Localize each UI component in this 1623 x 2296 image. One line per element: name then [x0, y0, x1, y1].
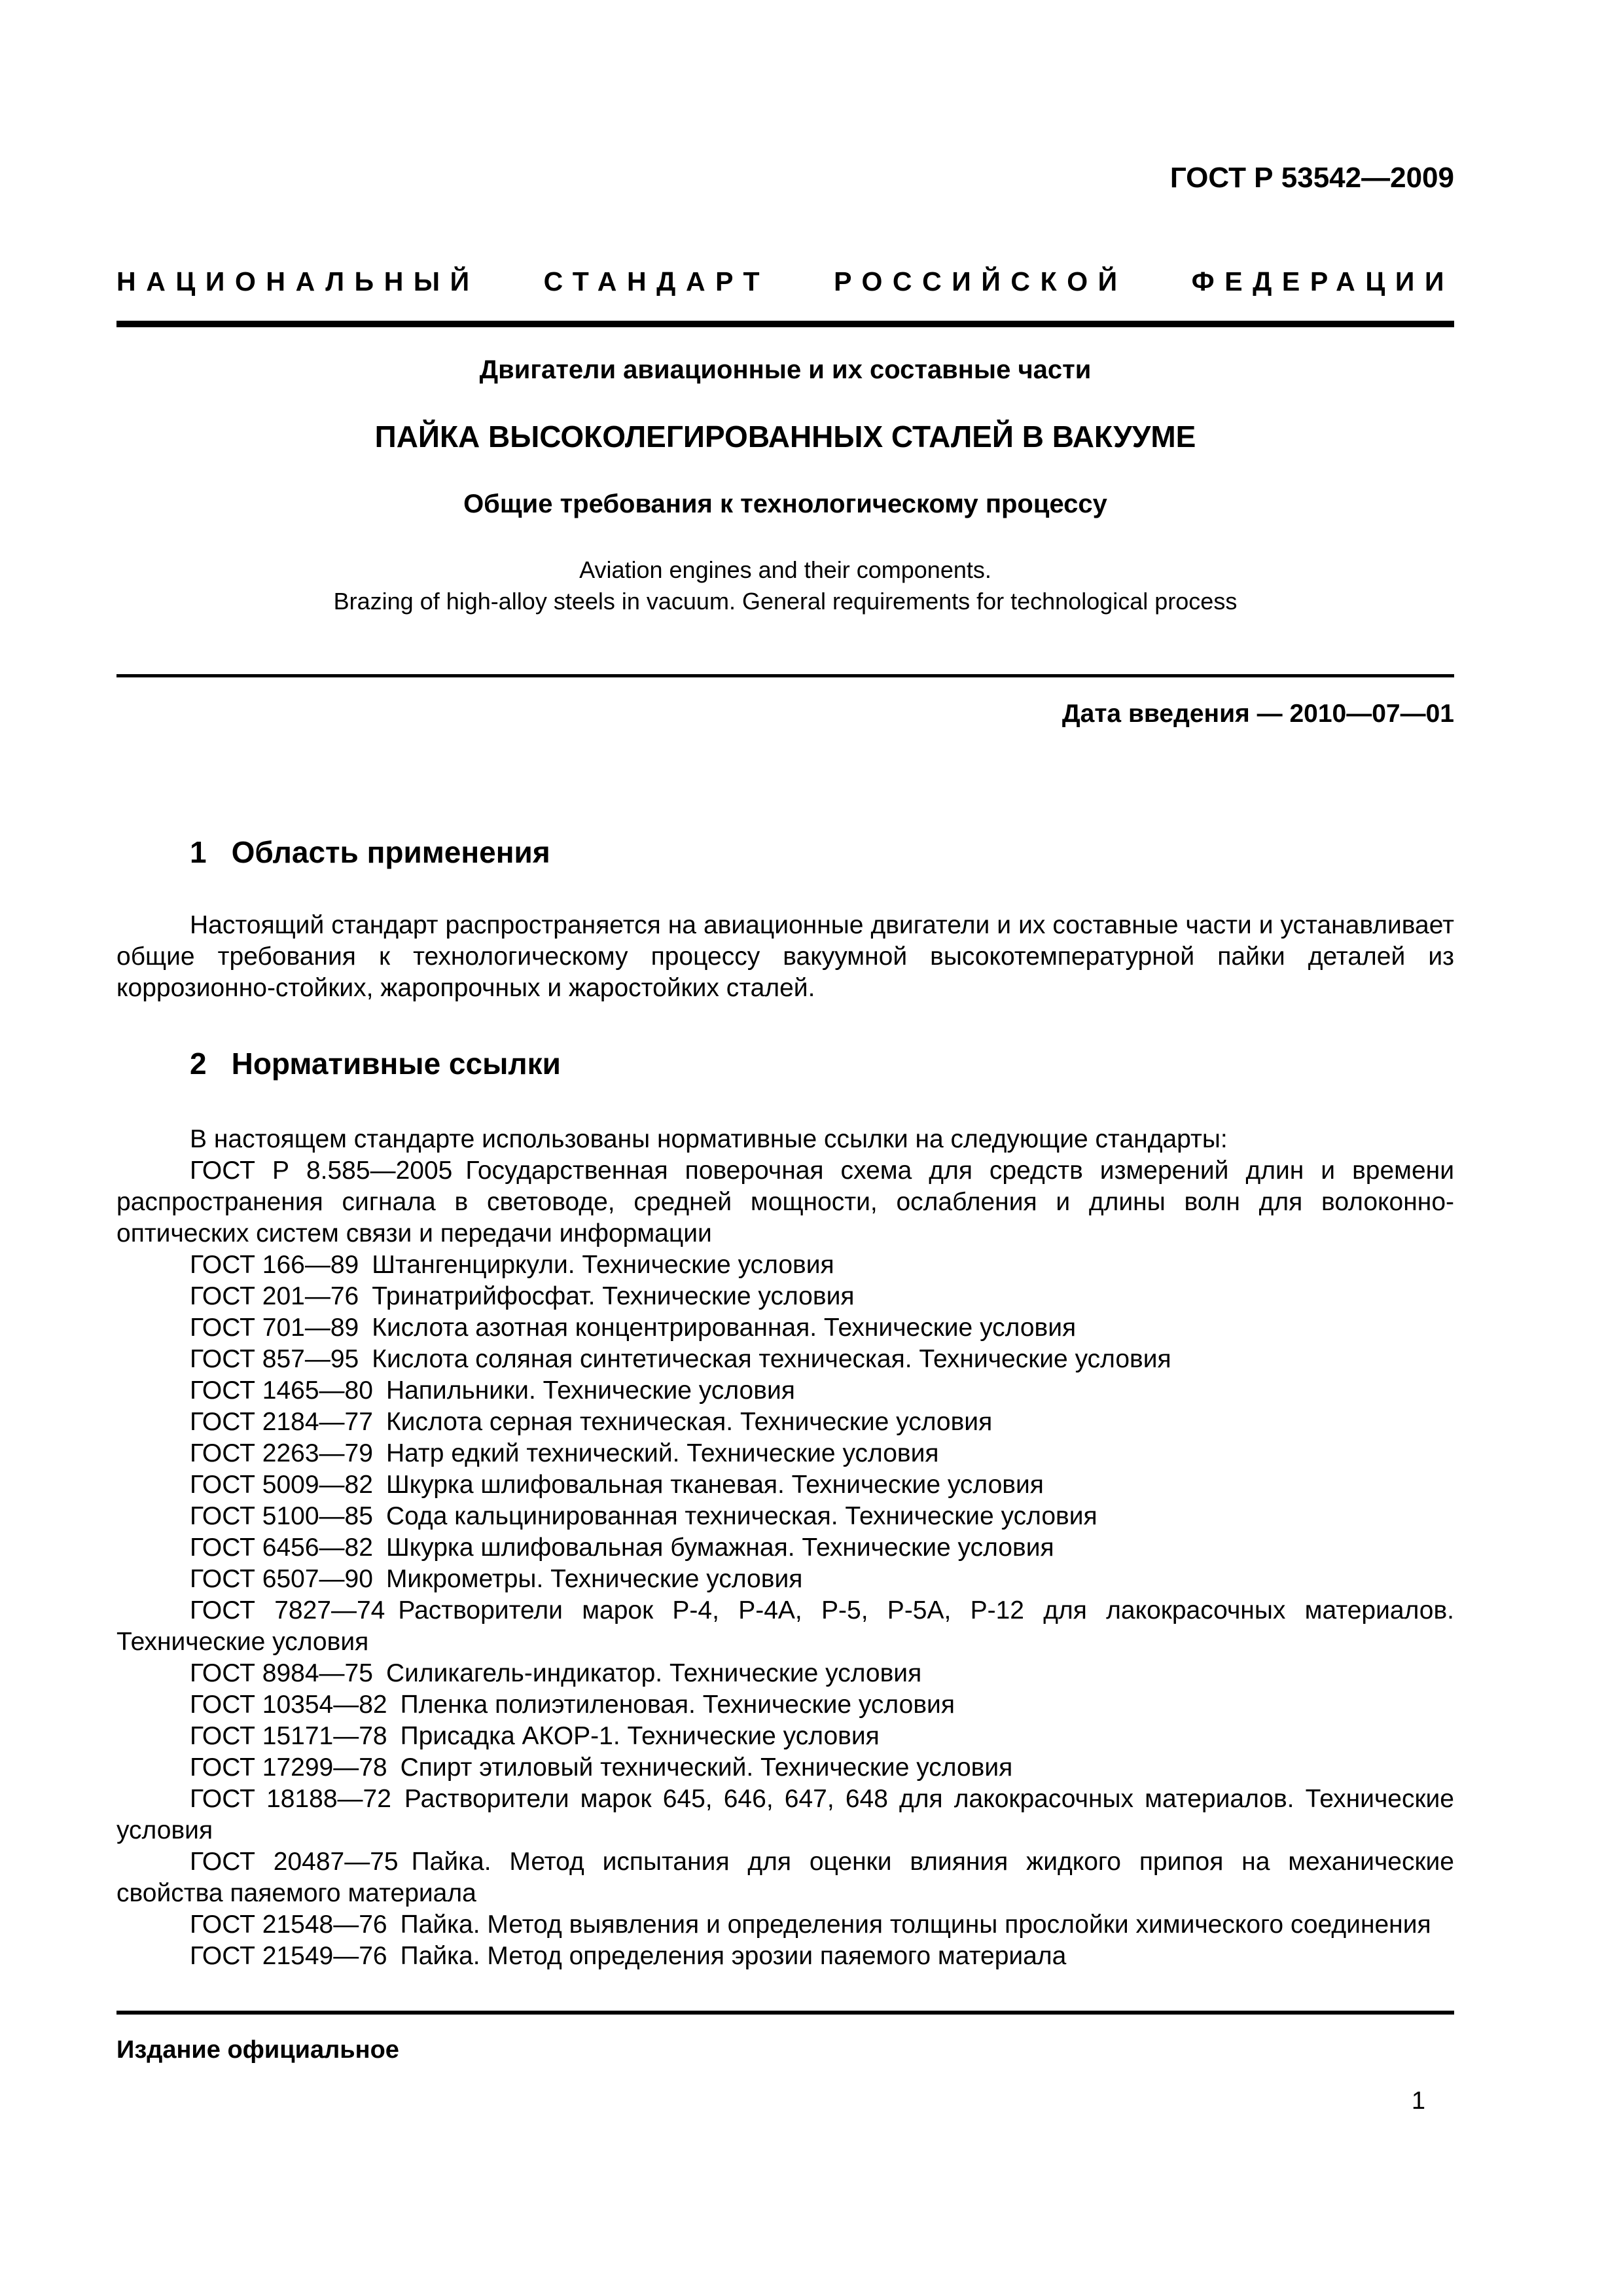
- reference-item: ГОСТ 17299—78Спирт этиловый технический.…: [116, 1752, 1454, 1784]
- reference-code: ГОСТ 5009—82: [190, 1471, 373, 1499]
- reference-item: ГОСТ 1465—80Напильники. Технические усло…: [116, 1375, 1454, 1407]
- reference-code: ГОСТ 21548—76: [190, 1910, 387, 1939]
- section-heading-scope: 1Область применения: [190, 834, 1454, 870]
- reference-code: ГОСТ 2184—77: [190, 1408, 373, 1436]
- header-rule: [116, 321, 1454, 327]
- reference-item: ГОСТ 6456—82Шкурка шлифовальная бумажная…: [116, 1532, 1454, 1564]
- date-rule: [116, 674, 1454, 677]
- reference-item: ГОСТ 166—89Штангенциркули. Технические у…: [116, 1249, 1454, 1281]
- title-subject: Двигатели авиационные и их составные час…: [116, 353, 1454, 386]
- reference-item: ГОСТ 10354—82Пленка полиэтиленовая. Техн…: [116, 1689, 1454, 1721]
- reference-title: Силикагель-индикатор. Технические услови…: [386, 1659, 921, 1687]
- reference-code: ГОСТ Р 8.585—2005: [190, 1157, 452, 1185]
- page-number: 1: [1412, 2085, 1425, 2117]
- section-number: 1: [190, 835, 207, 869]
- reference-title: Шкурка шлифовальная тканевая. Технически…: [386, 1471, 1044, 1499]
- document-page: ГОСТ Р 53542—2009 НАЦИОНАЛЬНЫЙ СТАНДАРТ …: [0, 0, 1623, 2296]
- references-list: ГОСТ Р 8.585—2005Государственная повероч…: [116, 1155, 1454, 1972]
- reference-item: ГОСТ 201—76Тринатрийфосфат. Технические …: [116, 1281, 1454, 1312]
- reference-code: ГОСТ 7827—74: [190, 1596, 385, 1624]
- reference-code: ГОСТ 1465—80: [190, 1376, 373, 1405]
- reference-code: ГОСТ 166—89: [190, 1251, 359, 1279]
- reference-title: Пайка. Метод выявления и определения тол…: [401, 1910, 1431, 1939]
- reference-title: Кислота азотная концентрированная. Техни…: [372, 1314, 1076, 1342]
- title-english: Aviation engines and their components. B…: [116, 554, 1454, 617]
- reference-code: ГОСТ 6507—90: [190, 1565, 373, 1593]
- reference-title: Сода кальцинированная техническая. Техни…: [386, 1502, 1097, 1530]
- title-subtitle: Общие требования к технологическому проц…: [116, 488, 1454, 520]
- reference-item: ГОСТ 5100—85Сода кальцинированная технич…: [116, 1501, 1454, 1532]
- reference-code: ГОСТ 857—95: [190, 1345, 359, 1373]
- reference-code: ГОСТ 17299—78: [190, 1753, 387, 1782]
- reference-item: ГОСТ 2263—79Натр едкий технический. Техн…: [116, 1438, 1454, 1469]
- reference-title: Шкурка шлифовальная бумажная. Технически…: [386, 1534, 1054, 1562]
- reference-code: ГОСТ 20487—75: [190, 1848, 399, 1876]
- reference-title: Спирт этиловый технический. Технические …: [401, 1753, 1013, 1782]
- normative-intro-paragraph: В настоящем стандарте использованы норма…: [116, 1124, 1454, 1155]
- reference-item: ГОСТ 857—95Кислота соляная синтетическая…: [116, 1344, 1454, 1375]
- reference-title: Микрометры. Технические условия: [386, 1565, 802, 1593]
- reference-item: ГОСТ 20487—75Пайка. Метод испытания для …: [116, 1846, 1454, 1909]
- reference-title: Присадка АКОР-1. Технические условия: [401, 1722, 880, 1750]
- reference-item: ГОСТ 15171—78Присадка АКОР-1. Технически…: [116, 1721, 1454, 1752]
- doc-code: ГОСТ Р 53542—2009: [116, 0, 1454, 195]
- reference-code: ГОСТ 10354—82: [190, 1691, 387, 1719]
- reference-item: ГОСТ 6507—90Микрометры. Технические усло…: [116, 1564, 1454, 1595]
- page-content: ГОСТ Р 53542—2009 НАЦИОНАЛЬНЫЙ СТАНДАРТ …: [0, 0, 1623, 1972]
- reference-code: ГОСТ 201—76: [190, 1282, 359, 1310]
- reference-title: Кислота серная техническая. Технические …: [386, 1408, 992, 1436]
- scope-paragraph: Настоящий стандарт распространяется на а…: [116, 910, 1454, 1004]
- reference-item: ГОСТ 701—89Кислота азотная концентрирова…: [116, 1312, 1454, 1344]
- title-english-line1: Aviation engines and their components.: [116, 554, 1454, 586]
- title-main: ПАЙКА ВЫСОКОЛЕГИРОВАННЫХ СТАЛЕЙ В ВАКУУМ…: [116, 418, 1454, 455]
- reference-code: ГОСТ 5100—85: [190, 1502, 373, 1530]
- reference-item: ГОСТ 8984—75Силикагель-индикатор. Технич…: [116, 1658, 1454, 1689]
- reference-item: ГОСТ 21549—76Пайка. Метод определения эр…: [116, 1941, 1454, 1972]
- official-edition-label: Издание официальное: [116, 2034, 399, 2066]
- reference-title: Тринатрийфосфат. Технические условия: [372, 1282, 854, 1310]
- reference-title: Пленка полиэтиленовая. Технические услов…: [401, 1691, 955, 1719]
- reference-title: Штангенциркули. Технические условия: [372, 1251, 834, 1279]
- reference-item: ГОСТ 21548—76Пайка. Метод выявления и оп…: [116, 1909, 1454, 1941]
- reference-code: ГОСТ 21549—76: [190, 1942, 387, 1970]
- reference-item: ГОСТ Р 8.585—2005Государственная повероч…: [116, 1155, 1454, 1249]
- reference-code: ГОСТ 15171—78: [190, 1722, 387, 1750]
- reference-code: ГОСТ 701—89: [190, 1314, 359, 1342]
- reference-title: Пайка. Метод определения эрозии паяемого…: [401, 1942, 1067, 1970]
- reference-item: ГОСТ 18188—72Растворители марок 645, 646…: [116, 1784, 1454, 1846]
- footer-rule: [116, 2011, 1454, 2015]
- title-english-line2: Brazing of high-alloy steels in vacuum. …: [116, 586, 1454, 617]
- reference-item: ГОСТ 2184—77Кислота серная техническая. …: [116, 1407, 1454, 1438]
- introduction-date: Дата введения — 2010—07—01: [116, 698, 1454, 730]
- section-title: Нормативные ссылки: [232, 1047, 561, 1081]
- reference-item: ГОСТ 5009—82Шкурка шлифовальная тканевая…: [116, 1469, 1454, 1501]
- reference-title: Натр едкий технический. Технические усло…: [386, 1439, 939, 1467]
- section-heading-normative: 2Нормативные ссылки: [190, 1045, 1454, 1082]
- standard-type-header: НАЦИОНАЛЬНЫЙ СТАНДАРТ РОССИЙСКОЙ ФЕДЕРАЦ…: [116, 265, 1454, 298]
- reference-code: ГОСТ 8984—75: [190, 1659, 373, 1687]
- reference-item: ГОСТ 7827—74Растворители марок Р-4, Р-4А…: [116, 1595, 1454, 1658]
- reference-code: ГОСТ 18188—72: [190, 1785, 391, 1813]
- section-title: Область применения: [232, 835, 550, 869]
- reference-code: ГОСТ 2263—79: [190, 1439, 373, 1467]
- reference-title: Напильники. Технические условия: [386, 1376, 795, 1405]
- section-number: 2: [190, 1047, 207, 1081]
- reference-title: Кислота соляная синтетическая техническа…: [372, 1345, 1171, 1373]
- reference-code: ГОСТ 6456—82: [190, 1534, 373, 1562]
